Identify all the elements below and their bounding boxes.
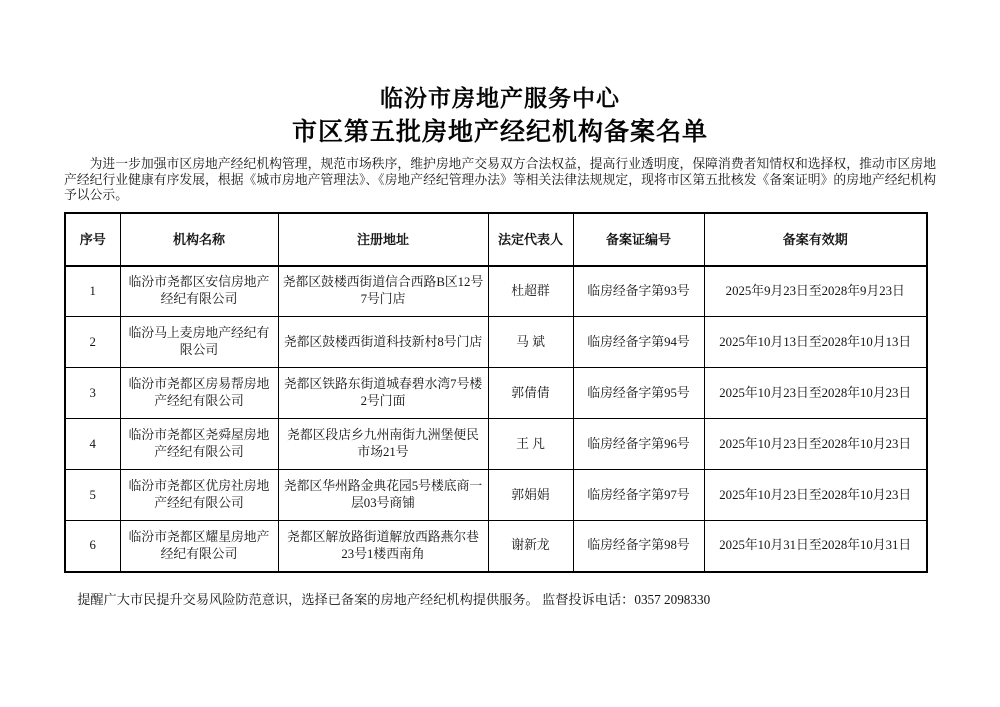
cell-address: 尧都区铁路东街道城春碧水湾7号楼2号门面 — [278, 368, 488, 419]
table-row: 5临汾市尧都区优房社房地产经纪有限公司尧都区华州路金典花园5号楼底商一层03号商… — [65, 470, 927, 521]
column-header-validity: 备案有效期 — [704, 213, 927, 266]
cell-validity: 2025年10月31日至2028年10月31日 — [704, 521, 927, 572]
cell-representative: 杜超群 — [488, 266, 573, 317]
footer-note: 提醒广大市民提升交易风险防范意识，选择已备案的房地产经纪机构提供服务。 监督投诉… — [64, 591, 936, 608]
cell-name: 临汾市尧都区优房社房地产经纪有限公司 — [120, 470, 278, 521]
cell-index: 6 — [65, 521, 120, 572]
cell-address: 尧都区解放路街道解放西路燕尔巷23号1楼西南角 — [278, 521, 488, 572]
cell-name: 临汾市尧都区安信房地产经纪有限公司 — [120, 266, 278, 317]
cell-name: 临汾市尧都区房易帮房地产经纪有限公司 — [120, 368, 278, 419]
column-header-name: 机构名称 — [120, 213, 278, 266]
cell-representative: 王 凡 — [488, 419, 573, 470]
cell-name: 临汾马上麦房地产经纪有限公司 — [120, 317, 278, 368]
table-row: 1临汾市尧都区安信房地产经纪有限公司尧都区鼓楼西街道信合西路B区12号7号门店杜… — [65, 266, 927, 317]
cell-representative: 马 斌 — [488, 317, 573, 368]
column-header-representative: 法定代表人 — [488, 213, 573, 266]
table-row: 3临汾市尧都区房易帮房地产经纪有限公司尧都区铁路东街道城春碧水湾7号楼2号门面郭… — [65, 368, 927, 419]
table-row: 4临汾市尧都区尧舜屋房地产经纪有限公司尧都区段店乡九州南街九洲堡便民市场21号王… — [65, 419, 927, 470]
cell-index: 5 — [65, 470, 120, 521]
page-subtitle: 市区第五批房地产经纪机构备案名单 — [64, 116, 936, 148]
cell-representative: 郭倩倩 — [488, 368, 573, 419]
cell-address: 尧都区华州路金典花园5号楼底商一层03号商铺 — [278, 470, 488, 521]
cell-address: 尧都区鼓楼西街道科技新村8号门店 — [278, 317, 488, 368]
cell-index: 1 — [65, 266, 120, 317]
cell-cert-no: 临房经备字第93号 — [573, 266, 704, 317]
cell-name: 临汾市尧都区尧舜屋房地产经纪有限公司 — [120, 419, 278, 470]
intro-paragraph: 为进一步加强市区房地产经纪机构管理，规范市场秩序，维护房地产交易双方合法权益，提… — [64, 157, 936, 204]
column-header-address: 注册地址 — [278, 213, 488, 266]
cell-representative: 郭娟娟 — [488, 470, 573, 521]
cell-address: 尧都区段店乡九州南街九洲堡便民市场21号 — [278, 419, 488, 470]
cell-index: 3 — [65, 368, 120, 419]
cell-cert-no: 临房经备字第95号 — [573, 368, 704, 419]
cell-representative: 谢新龙 — [488, 521, 573, 572]
cell-cert-no: 临房经备字第94号 — [573, 317, 704, 368]
cell-address: 尧都区鼓楼西街道信合西路B区12号7号门店 — [278, 266, 488, 317]
cell-validity: 2025年10月13日至2028年10月13日 — [704, 317, 927, 368]
table-row: 6临汾市尧都区耀星房地产经纪有限公司尧都区解放路街道解放西路燕尔巷23号1楼西南… — [65, 521, 927, 572]
table-header-row: 序号机构名称注册地址法定代表人备案证编号备案有效期 — [65, 213, 927, 266]
cell-cert-no: 临房经备字第98号 — [573, 521, 704, 572]
cell-cert-no: 临房经备字第97号 — [573, 470, 704, 521]
document-page: 临汾市房地产服务中心 市区第五批房地产经纪机构备案名单 为进一步加强市区房地产经… — [0, 0, 1000, 707]
cell-name: 临汾市尧都区耀星房地产经纪有限公司 — [120, 521, 278, 572]
cell-index: 4 — [65, 419, 120, 470]
table-header: 序号机构名称注册地址法定代表人备案证编号备案有效期 — [65, 213, 927, 266]
table-body: 1临汾市尧都区安信房地产经纪有限公司尧都区鼓楼西街道信合西路B区12号7号门店杜… — [65, 266, 927, 572]
column-header-index: 序号 — [65, 213, 120, 266]
table-row: 2临汾马上麦房地产经纪有限公司尧都区鼓楼西街道科技新村8号门店马 斌临房经备字第… — [65, 317, 927, 368]
cell-validity: 2025年10月23日至2028年10月23日 — [704, 470, 927, 521]
cell-index: 2 — [65, 317, 120, 368]
cell-cert-no: 临房经备字第96号 — [573, 419, 704, 470]
registration-table: 序号机构名称注册地址法定代表人备案证编号备案有效期 1临汾市尧都区安信房地产经纪… — [64, 212, 928, 573]
cell-validity: 2025年9月23日至2028年9月23日 — [704, 266, 927, 317]
page-title: 临汾市房地产服务中心 — [64, 84, 936, 112]
column-header-cert-no: 备案证编号 — [573, 213, 704, 266]
cell-validity: 2025年10月23日至2028年10月23日 — [704, 419, 927, 470]
cell-validity: 2025年10月23日至2028年10月23日 — [704, 368, 927, 419]
